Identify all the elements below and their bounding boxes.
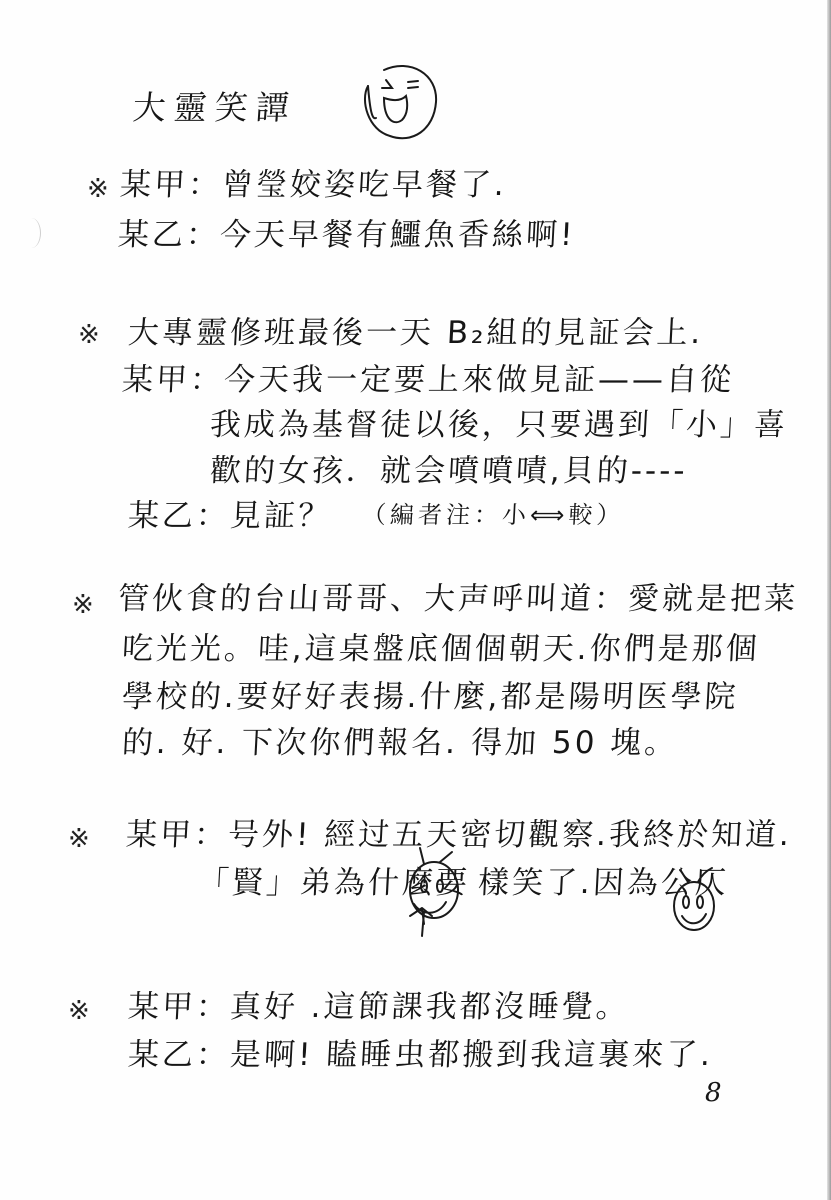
joke-2-marker: ※: [78, 320, 100, 350]
page-title: 大靈笑譚: [131, 82, 298, 129]
joke-3-line-1: 管伙食的台山哥哥、大声呼叫道：愛就是把菜: [117, 584, 799, 615]
joke-2-line-2: 某甲：今天我一定要上來做見証——自從: [121, 365, 735, 396]
laughing-face-icon: [360, 60, 440, 150]
joke-3-marker: ※: [72, 590, 94, 620]
smiling-face-with-beard-icon: [404, 846, 474, 936]
joke-1-marker: ※: [87, 174, 109, 204]
editor-note: （編者注：小⟺較）: [361, 503, 625, 527]
joke-4-marker: ※: [68, 824, 90, 854]
joke-1-line-2: 某乙：今天早餐有鱷魚香絲啊!: [117, 220, 576, 251]
joke-2-line-4: 歡的女孩．就会噴噴嘖,貝的----: [209, 456, 688, 487]
joke-5-line-1: 某甲：真好 .這節課我都沒睡覺。: [127, 992, 630, 1023]
joke-2-line-1: 大專靈修班最後一天 B₂組的見証会上.: [127, 318, 704, 349]
joke-2-line-5: 某乙：見証？: [127, 501, 333, 532]
binding-hole-mark: [22, 218, 41, 248]
joke-3-line-4: 的. 好. 下次你們報名. 得加 50 塊。: [121, 728, 679, 759]
joke-5-marker: ※: [68, 996, 90, 1026]
page-number: 8: [705, 1078, 722, 1108]
page-edge-shadow: [827, 0, 831, 1200]
joke-1-line-1: 某甲：曾瑩姣姿吃早餐了.: [119, 170, 507, 201]
joke-3-line-2: 吃光光。哇,這桌盤底個個朝天.你們是那個: [121, 634, 760, 665]
joke-3-line-3: 學校的.要好好表揚.什麼,都是陽明医學院: [121, 682, 739, 713]
joke-5-line-2: 某乙：是啊! 瞌睡虫都搬到我這裏來了.: [127, 1040, 714, 1071]
joke-2-line-3: 我成為基督徒以後，只要遇到「小」喜: [209, 410, 789, 441]
scanned-page: 大靈笑譚 ※ 某甲：曾瑩姣姿吃早餐了. 某乙：今天早餐有鱷魚香絲啊! ※ 大專靈…: [0, 0, 831, 1200]
grinning-face-icon: [670, 868, 720, 938]
